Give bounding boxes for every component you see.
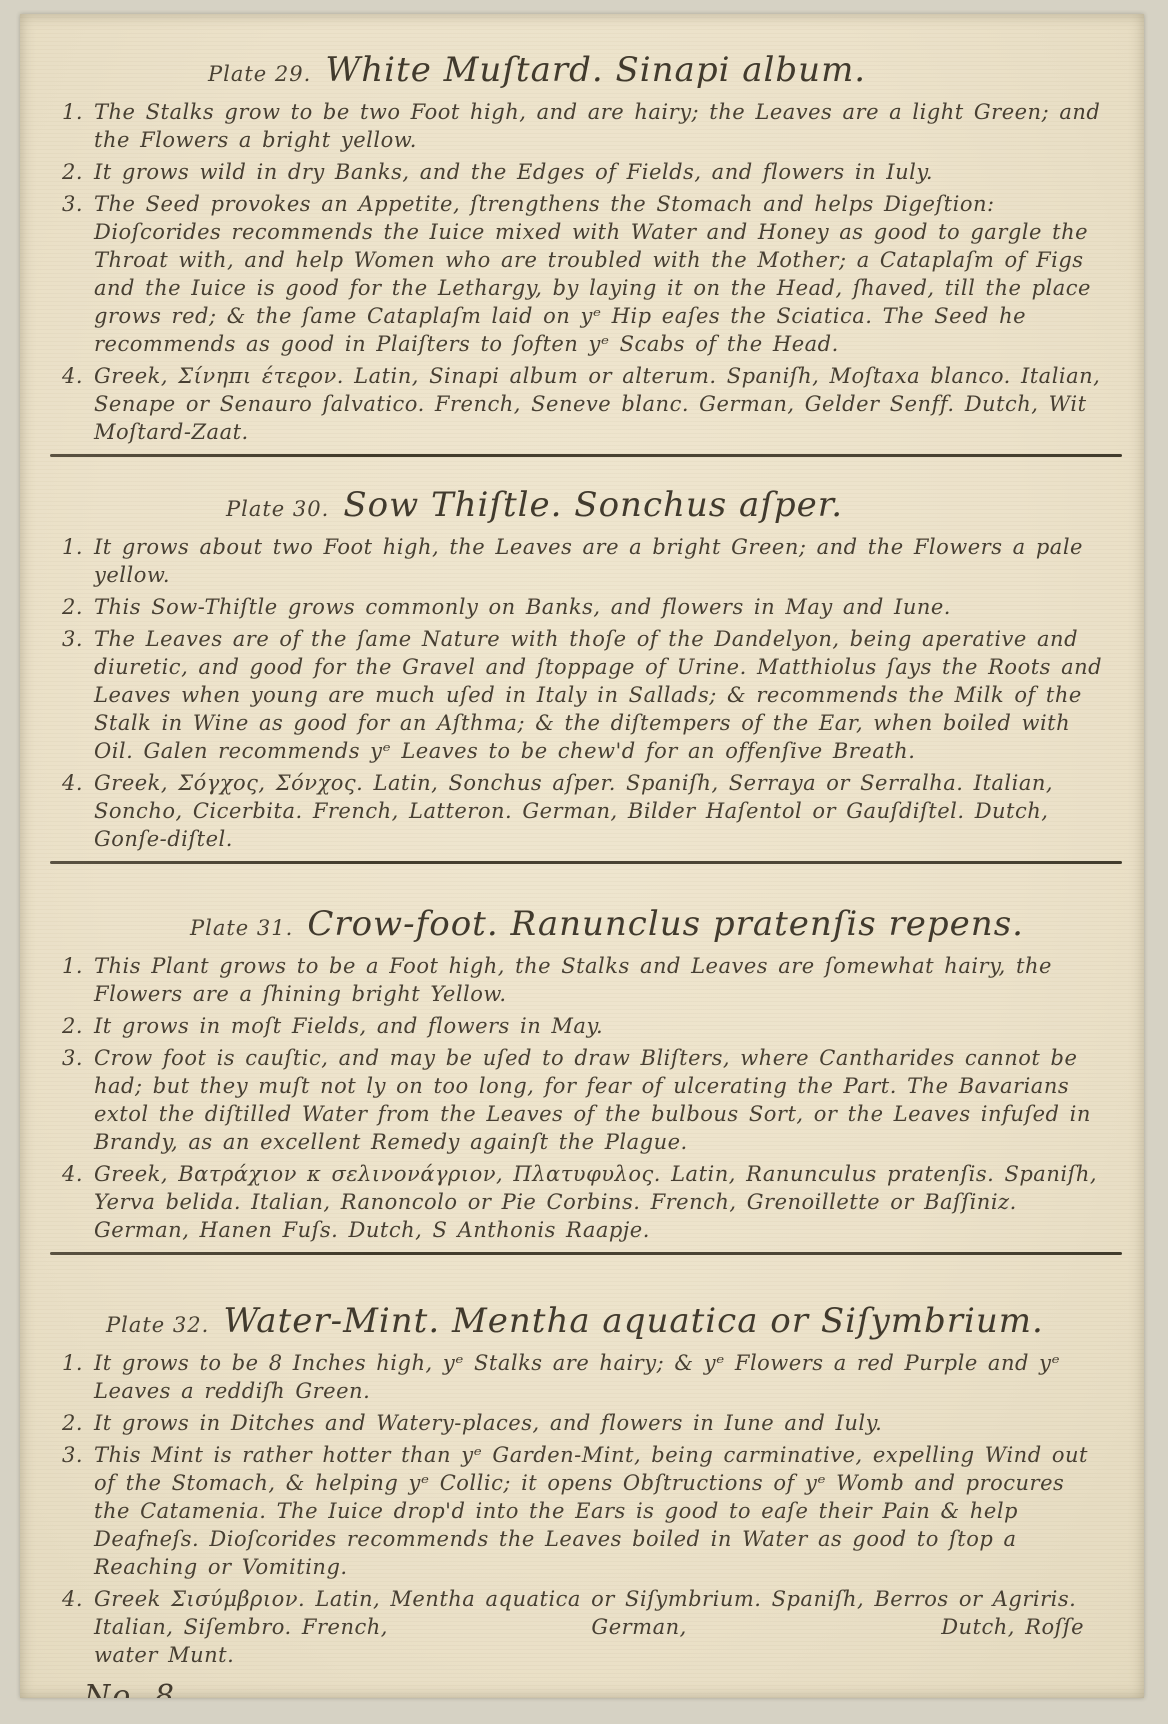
- plate-number-label: Plate 30.: [226, 497, 329, 521]
- numbered-item: 4. Greek, Σόγχος, Σόνχος. Latin, Sonchus…: [58, 769, 1104, 853]
- numbered-item: 1. This Plant grows to be a Foot high, t…: [58, 952, 1104, 1008]
- section-divider: [50, 1252, 1122, 1255]
- item-text: Greek, Βατράχιον κ σελινονάγριον, Πλατυφ…: [94, 1162, 1107, 1242]
- plate-31-section: Plate 31. Crow-foot. Ranunclus pratenſis…: [20, 864, 1144, 1244]
- item-text: It grows about two Foot high, the Leaves…: [94, 535, 1093, 587]
- item-number: 1.: [62, 533, 83, 561]
- plate-title: Crow-foot. Ranunclus pratenſis repens.: [307, 904, 1024, 944]
- plate-30-header: Plate 30. Sow Thiſtle. Sonchus aſper.: [226, 485, 1104, 525]
- plate-31-header: Plate 31. Crow-foot. Ranunclus pratenſis…: [190, 904, 1104, 944]
- numbered-item: 2. It grows in moſt Fields, and flowers …: [58, 1012, 1104, 1040]
- plate-32-header: Plate 32. Water-Mint. Mentha aquatica or…: [106, 1301, 1104, 1341]
- numbered-item: 1. It grows about two Foot high, the Lea…: [58, 533, 1104, 589]
- item-text: The Leaves are of the ſame Nature with t…: [94, 627, 1112, 763]
- item-text: It grows in Ditches and Watery-places, a…: [94, 1411, 882, 1435]
- item-number: 4.: [62, 769, 83, 797]
- page-number: No. 8.: [84, 1679, 1144, 1698]
- numbered-item: 3. Crow foot is cauſtic, and may be uſed…: [58, 1044, 1104, 1156]
- item-number: 3.: [62, 1044, 83, 1072]
- item-number: 1.: [62, 98, 83, 126]
- plate-29-header: Plate 29. White Muſtard. Sinapi album.: [208, 50, 1104, 90]
- item-text: It grows in moſt Fields, and flowers in …: [94, 1014, 603, 1038]
- numbered-item: 3. The Seed provokes an Appetite, ſtreng…: [58, 190, 1104, 358]
- manuscript-page: Plate 29. White Muſtard. Sinapi album. 1…: [20, 14, 1144, 1698]
- item-number: 1.: [62, 952, 83, 980]
- numbered-item: 4. Greek, Σίνηπι έτεϱον. Latin, Sinapi a…: [58, 362, 1104, 446]
- item-number: 3.: [62, 190, 83, 218]
- item-number: 2.: [62, 1012, 83, 1040]
- section-divider: [50, 861, 1122, 864]
- item-text: It grows to be 8 Inches high, yᵉ Stalks …: [94, 1351, 1070, 1403]
- item-text: This Plant grows to be a Foot high, the …: [94, 954, 1062, 1006]
- numbered-item: 2. This Sow-Thiſtle grows commonly on Ba…: [58, 593, 1104, 621]
- item-number: 4.: [62, 362, 83, 390]
- numbered-item: 2. It grows in Ditches and Watery-places…: [58, 1409, 1104, 1437]
- plate-32-section: Plate 32. Water-Mint. Mentha aquatica or…: [20, 1255, 1144, 1669]
- item-number: 3.: [62, 625, 83, 653]
- plate-number-label: Plate 31.: [190, 916, 293, 940]
- plate-number-label: Plate 29.: [208, 62, 311, 86]
- plate-30-section: Plate 30. Sow Thiſtle. Sonchus aſper. 1.…: [20, 457, 1144, 853]
- plate-number-label: Plate 32.: [106, 1313, 209, 1337]
- numbered-item: 3. This Mint is rather hotter than yᵉ Ga…: [58, 1441, 1104, 1581]
- item-text: It grows wild in dry Banks, and the Edge…: [94, 160, 933, 184]
- item-number: 2.: [62, 1409, 83, 1437]
- item-number: 1.: [62, 1349, 83, 1377]
- item-text: This Sow-Thiſtle grows commonly on Banks…: [94, 595, 951, 619]
- numbered-item: 4. Greek Σισύμβριον. Latin, Mentha aquat…: [58, 1585, 1104, 1669]
- item-number: 3.: [62, 1441, 83, 1469]
- item-number: 4.: [62, 1160, 83, 1188]
- section-divider: [50, 454, 1122, 457]
- numbered-item: 1. It grows to be 8 Inches high, yᵉ Stal…: [58, 1349, 1104, 1405]
- numbered-item: 4. Greek, Βατράχιον κ σελινονάγριον, Πλα…: [58, 1160, 1104, 1244]
- numbered-item: 3. The Leaves are of the ſame Nature wit…: [58, 625, 1104, 765]
- item-text: The Seed provokes an Appetite, ſtrengthe…: [94, 192, 1101, 356]
- item-text: Greek, Σόγχος, Σόνχος. Latin, Sonchus aſ…: [94, 771, 1063, 851]
- plate-title: White Muſtard. Sinapi album.: [325, 50, 866, 90]
- numbered-item: 2. It grows wild in dry Banks, and the E…: [58, 158, 1104, 186]
- item-text: This Mint is rather hotter than yᵉ Garde…: [94, 1443, 1098, 1579]
- plate-29-section: Plate 29. White Muſtard. Sinapi album. 1…: [20, 14, 1144, 446]
- numbered-item: 1. The Stalks grow to be two Foot high, …: [58, 98, 1104, 154]
- item-number: 2.: [62, 593, 83, 621]
- plate-title: Water-Mint. Mentha aquatica or Siſymbriu…: [223, 1301, 1044, 1341]
- item-text: Greek, Σίνηπι έτεϱον. Latin, Sinapi albu…: [94, 364, 1111, 444]
- item-text: Greek Σισύμβριον. Latin, Mentha aquatica…: [94, 1587, 1094, 1667]
- plate-title: Sow Thiſtle. Sonchus aſper.: [343, 485, 843, 525]
- item-number: 4.: [62, 1585, 83, 1613]
- item-text: Crow foot is cauſtic, and may be uſed to…: [94, 1046, 1101, 1154]
- item-text: The Stalks grow to be two Foot high, and…: [94, 100, 1111, 152]
- item-number: 2.: [62, 158, 83, 186]
